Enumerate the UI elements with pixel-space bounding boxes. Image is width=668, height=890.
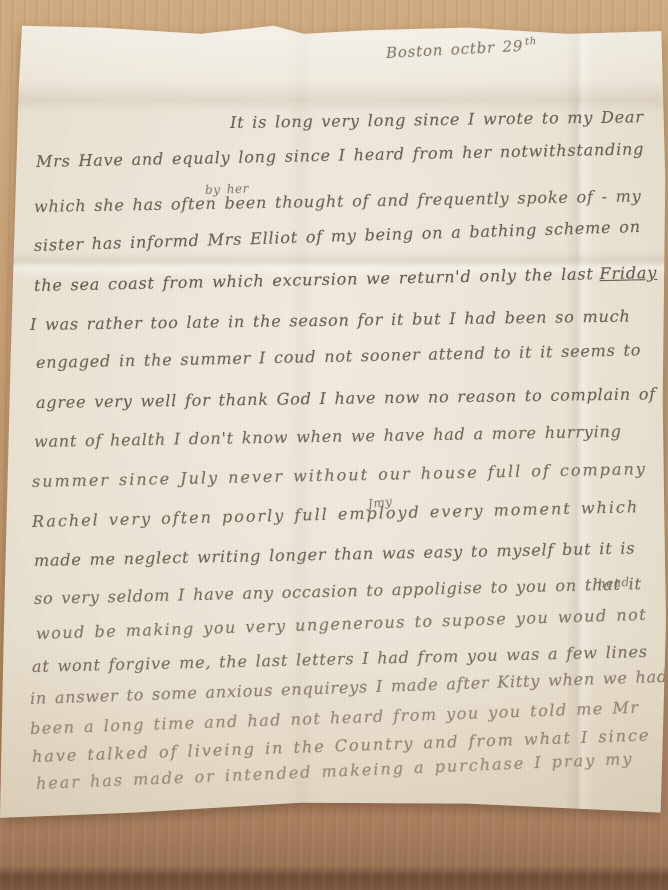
letter-photo: { "scene": { "description": "Photograph … <box>0 0 668 890</box>
letter-line-5: the sea coast from which excursion we re… <box>34 263 657 295</box>
line-5-text: the sea coast from which excursion we re… <box>34 264 594 295</box>
letter-line-1: It is long very long since I wrote to my… <box>230 107 644 132</box>
letter-paper: Boston octbr 29th It is long very long s… <box>0 0 668 890</box>
letter-line-4: sister has informd Mrs Elliot of my bein… <box>34 217 641 255</box>
underlined-word-friday: Friday <box>599 263 657 283</box>
letter-line-12: made me neglect writing longer than was … <box>34 538 636 570</box>
letter-line-11: Rachel very often poorly full employd ev… <box>32 497 640 531</box>
letter-line-3: which she has often been thought of and … <box>34 186 642 216</box>
letter-line-7: engaged in the summer I coud not sooner … <box>36 340 642 372</box>
letter-paper-shadow: Boston octbr 29th It is long very long s… <box>0 0 668 890</box>
letter-line-13: so very seldom I have any occasion to ap… <box>34 574 642 608</box>
dateline-text: Boston octbr 29 <box>386 37 524 62</box>
letter-line-2: Mrs Have and equaly long since I heard f… <box>36 139 645 171</box>
letter-line-8: agree very well for thank God I have now… <box>36 384 656 412</box>
dateline-superscript: th <box>525 36 538 48</box>
letter-line-9: want of health I don't know when we have… <box>34 422 622 451</box>
letter-dateline: Boston octbr 29th <box>386 36 538 62</box>
letter-line-6: I was rather too late in the season for … <box>30 307 631 334</box>
letter-line-10: summer since July never without our hous… <box>32 459 647 491</box>
letter-line-14: woud be making you very ungenerous to su… <box>36 605 648 643</box>
